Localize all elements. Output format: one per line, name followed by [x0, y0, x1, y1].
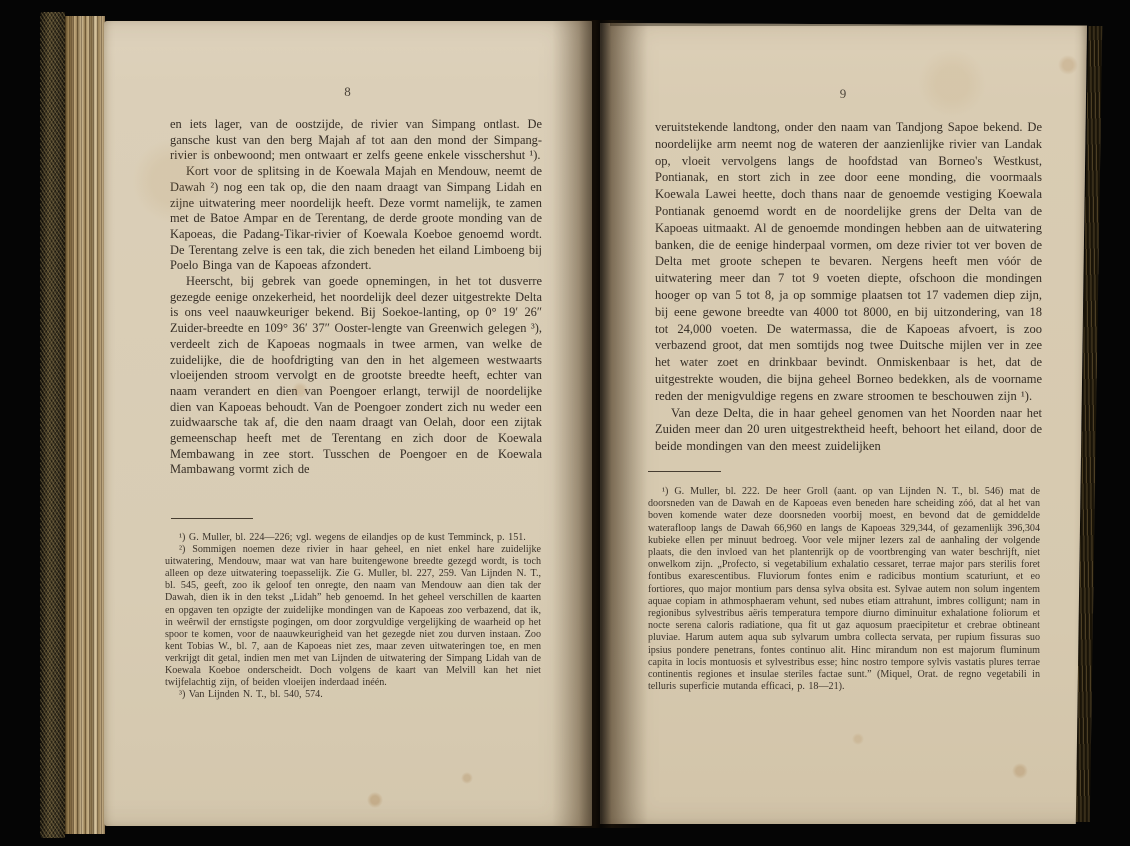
body-paragraph: en iets lager, van de oostzijde, de rivi… [170, 117, 542, 164]
right-page-body: veruitstekende landtong, onder den naam … [655, 119, 1042, 455]
footnote: ³) Van Lijnden N. T., bl. 540, 574. [165, 689, 541, 701]
footnote-rule [648, 471, 721, 472]
left-page-number: 8 [104, 84, 592, 100]
body-paragraph: veruitstekende landtong, onder den naam … [655, 119, 1042, 405]
page-edges-left [65, 16, 105, 834]
footnote-rule [171, 518, 253, 519]
body-paragraph: Van deze Delta, die in haar geheel genom… [655, 405, 1042, 455]
body-paragraph: Heerscht, bij gebrek van goede opneminge… [170, 274, 542, 478]
left-page: 8 en iets lager, van de oostzijde, de ri… [104, 21, 592, 826]
footnote: ¹) G. Muller, bl. 224—226; vgl. wegens d… [165, 532, 541, 544]
right-page-footnotes: ¹) G. Muller, bl. 222. De heer Groll (aa… [648, 486, 1040, 693]
body-paragraph: Kort voor de splitsing in de Koewala Maj… [170, 164, 542, 274]
footnote: ²) Sommigen noemen deze rivier in haar g… [165, 544, 541, 689]
right-page-number: 9 [600, 86, 1087, 102]
left-page-body: en iets lager, van de oostzijde, de rivi… [170, 117, 542, 478]
footnote: ¹) G. Muller, bl. 222. De heer Groll (aa… [648, 486, 1040, 693]
book-spine-cloth [40, 12, 65, 838]
right-page: 9 veruitstekende landtong, onder den naa… [600, 23, 1087, 824]
left-page-footnotes: ¹) G. Muller, bl. 224—226; vgl. wegens d… [165, 532, 541, 701]
book-scan-photo: 8 en iets lager, van de oostzijde, de ri… [0, 0, 1130, 846]
